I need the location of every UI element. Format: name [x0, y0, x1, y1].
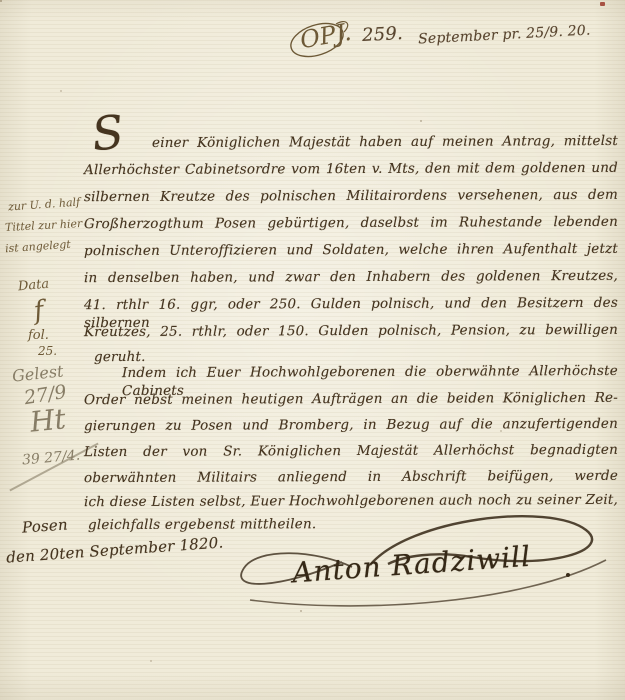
margin-note-pencil-monogram: Ht — [28, 402, 67, 439]
paper-specks — [0, 0, 2, 2]
margin-note-ink: ist angelegt — [5, 238, 72, 256]
margin-note-ink: zur U. d. half — [8, 195, 81, 213]
drop-cap-initial: S — [89, 105, 126, 162]
letter-line: Order nebst meinen heutigen Aufträgen an… — [84, 389, 618, 409]
signature-period — [566, 573, 570, 577]
margin-note-ink: fol. — [28, 328, 49, 343]
closing-date: den 20ten September 1820. — [6, 533, 224, 566]
letter-line: Allerhöchster Cabinetsordre vom 16ten v.… — [84, 159, 618, 179]
margin-note-flourish: f — [32, 295, 46, 326]
received-date-note: September pr. 25/9. 20. — [418, 22, 591, 47]
letter-line: silbernen Kreutze des polnischen Militai… — [84, 186, 618, 206]
letter-line: Listen der von Sr. Königlichen Majestät … — [84, 441, 618, 461]
letter-page: OPJ. 259. September pr. 25/9. 20. zur U.… — [0, 0, 625, 700]
registry-monogram: OPJ. — [284, 14, 354, 66]
letter-line: polnischen Unteroffizieren und Soldaten,… — [84, 240, 618, 260]
closing-place: Posen — [21, 515, 68, 536]
margin-note-ink: Tittel zur hier — [5, 217, 83, 234]
letter-line: einer Königlichen Majestät haben auf mei… — [152, 132, 618, 152]
red-edge-mark — [600, 2, 605, 6]
letter-line: oberwähnten Militairs anliegend in Absch… — [84, 467, 618, 487]
margin-note-ink: Data — [17, 277, 49, 295]
letter-line: Großherzogthum Posen gebürtigen, daselbs… — [84, 213, 618, 233]
letter-line: gierungen zu Posen und Bromberg, in Bezu… — [84, 415, 618, 435]
margin-note-ink: 25. — [38, 344, 57, 358]
letter-line: in denselben haben, und zwar den Inhaber… — [84, 267, 618, 287]
journal-number: 259. — [361, 23, 403, 46]
letter-line: Kreutzes, 25. rthlr, oder 150. Gulden po… — [84, 321, 618, 341]
